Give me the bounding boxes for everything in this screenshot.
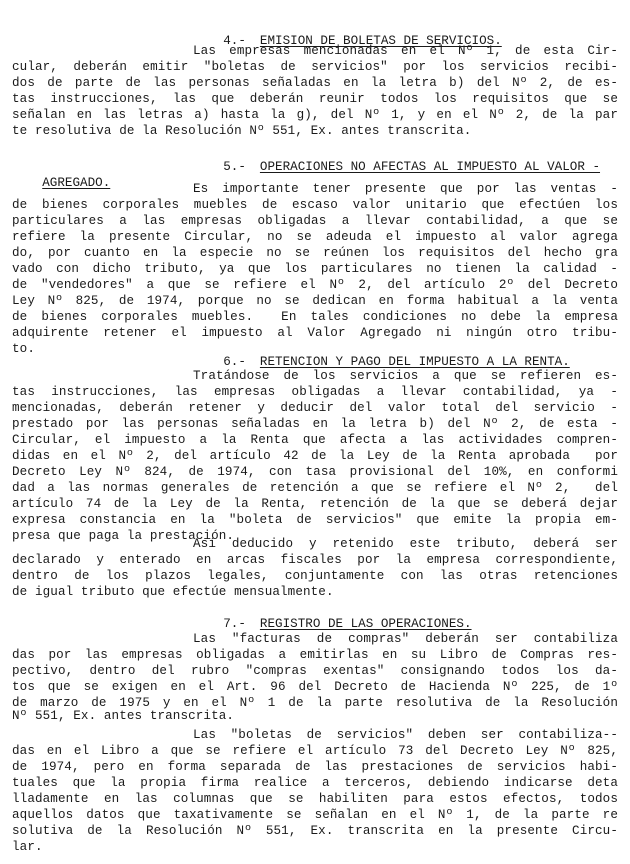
text-line: Es importante tener presente que por las… — [193, 181, 618, 197]
text-line: das por las empresas obligadas a emitirl… — [12, 647, 618, 663]
text-line: lar. — [12, 839, 618, 855]
section-number: 6.- — [223, 355, 246, 369]
text-line: Las empresas mencionadas en el Nº 1, de … — [193, 43, 618, 59]
text-line: artículo 74 de la Ley de la Renta, reten… — [12, 496, 618, 512]
text-line: de "vendedores" a que se refiere el Nº 2… — [12, 277, 618, 293]
text-line: mencionadas, deberán retener y deducir d… — [12, 400, 618, 416]
section-number: 7.- — [223, 617, 246, 631]
text-line: de 1974, pero en forma separada de las p… — [12, 759, 618, 775]
text-line: señalan en las letras a) hasta la g), de… — [12, 107, 618, 123]
text-line: de bienes corporales muebles de escaso v… — [12, 197, 618, 213]
text-line: de igual tributo que efectúe mensualment… — [12, 584, 618, 600]
text-line: solutiva de la Resolución Nº 551, Ex. tr… — [12, 823, 618, 839]
text-line: dad a las normas generales de retención … — [12, 480, 618, 496]
text-line: vado con dicho tributo, ya que los parti… — [12, 261, 618, 277]
text-line: particulares a las empresas obligadas a … — [12, 213, 618, 229]
text-line: refiere la presente Circular, no se adeu… — [12, 229, 618, 245]
text-line: Las "facturas de compras" deberán ser co… — [193, 631, 618, 647]
text-line: cular, deberán emitir "boletas de servic… — [12, 59, 618, 75]
text-line: de bienes corporales muebles. En tales c… — [12, 309, 618, 325]
text-line: Ley Nº 825, de 1974, porque no se dedica… — [12, 293, 618, 309]
section-title: OPERACIONES NO AFECTAS AL IMPUESTO AL VA… — [260, 160, 600, 174]
text-line: Así deducido y retenido este tributo, de… — [193, 536, 618, 552]
text-line: didas en el Nº 2, del artículo 42 de la … — [12, 448, 618, 464]
text-line: prestado por las personas señaladas en l… — [12, 416, 618, 432]
section-title-continued: AGREGADO. — [42, 176, 110, 190]
document-page: 4.-EMISION DE BOLETAS DE SERVICIOS. Las … — [0, 0, 630, 864]
text-line: Decreto Ley Nº 824, de 1974, con tasa pr… — [12, 464, 618, 480]
text-line: te resolutiva de la Resolución Nº 551, E… — [12, 123, 618, 139]
text-line: pectivo, dentro del rubro "compras exent… — [12, 663, 618, 679]
text-line: tuales que la propia firma realice a ter… — [12, 775, 618, 791]
text-line: lladamente en las columnas que se habili… — [12, 791, 618, 807]
text-line: Tratándose de los servicios a que se ref… — [193, 368, 618, 384]
text-line: Circular, el impuesto a la Renta que afe… — [12, 432, 618, 448]
text-line: das en el Libro a que se refiere el artí… — [12, 743, 618, 759]
text-line: tos que se exigen en el Art. 96 del Decr… — [12, 679, 618, 695]
text-line: tas instrucciones, las empresas obligada… — [12, 384, 618, 400]
text-line: dentro de los plazos legales, conjuntame… — [12, 568, 618, 584]
section-title: REGISTRO DE LAS OPERACIONES. — [260, 617, 472, 631]
text-line: Nº 551, Ex. antes transcrita. — [12, 708, 618, 724]
text-line: tas instrucciones, las que deberán reuni… — [12, 91, 618, 107]
text-line: expresa constancia en la "boleta de serv… — [12, 512, 618, 528]
text-line: dos de parte de las personas señaladas e… — [12, 75, 618, 91]
section-title: RETENCION Y PAGO DEL IMPUESTO A LA RENTA… — [260, 355, 570, 369]
text-line: aquellos datos que taxativamente se seña… — [12, 807, 618, 823]
section-number: 5.- — [223, 160, 246, 174]
text-line: Las "boletas de servicios" deben ser con… — [193, 727, 618, 743]
text-line: do, por cuanto en la especie no se reúne… — [12, 245, 618, 261]
text-line: declarado y enterado en arcas fiscales p… — [12, 552, 618, 568]
